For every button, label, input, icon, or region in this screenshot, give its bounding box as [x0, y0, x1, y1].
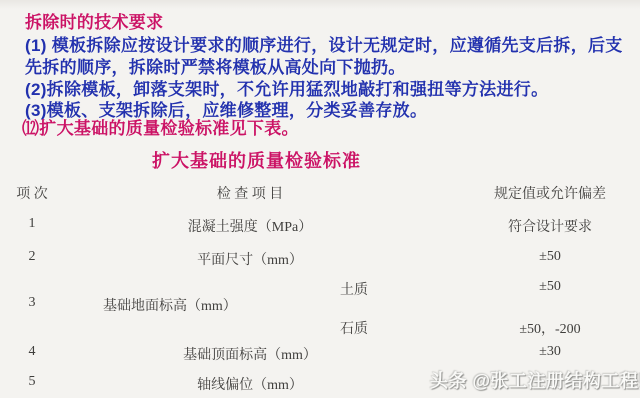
table-reference-note: ⑿扩大基础的质量检验标准见下表。: [22, 114, 299, 139]
table-row-5-index: 5: [8, 374, 56, 390]
table-row-1-item: 混凝土强度（MPa）: [100, 216, 400, 236]
table-header-tolerance: 规定值或允许偏差: [460, 183, 640, 203]
table-row-1-tolerance: 符合设计要求: [460, 216, 640, 236]
table-row-4-index: 4: [8, 344, 56, 360]
section-title: 拆除时的技术要求: [25, 8, 163, 33]
table-row-3-sub-1-condition: 土质: [340, 279, 368, 299]
table-row-1-index: 1: [8, 216, 56, 232]
table-row-3-item: 基础地面标高（mm）: [103, 295, 237, 315]
table-row-3-index: 3: [8, 295, 56, 311]
document-page: 拆除时的技术要求 (1) 模板拆除应按设计要求的顺序进行，设计无规定时，应遵循先…: [0, 0, 640, 398]
table-row-4-tolerance: ±30: [460, 344, 640, 360]
table-row-3-sub-2-tolerance: ±50，-200: [460, 318, 640, 338]
table-header-item: 检 查 项 目: [100, 183, 400, 203]
toutiao-watermark: 头条 @张工注册结构工程师: [430, 367, 640, 393]
table-row-3-sub-1-tolerance: ±50: [460, 279, 640, 295]
table-row-2-item: 平面尺寸（mm）: [100, 249, 400, 269]
table-row-2-index: 2: [8, 249, 56, 265]
table-header-index: 项 次: [8, 183, 56, 203]
table-row-5-item: 轴线偏位（mm）: [100, 374, 400, 394]
table-row-3-sub-2-condition: 石质: [340, 318, 368, 338]
table-row-4-item: 基础顶面标高（mm）: [100, 344, 400, 364]
table-title: 扩大基础的质量检验标准: [152, 147, 361, 173]
table-row-2-tolerance: ±50: [460, 249, 640, 265]
